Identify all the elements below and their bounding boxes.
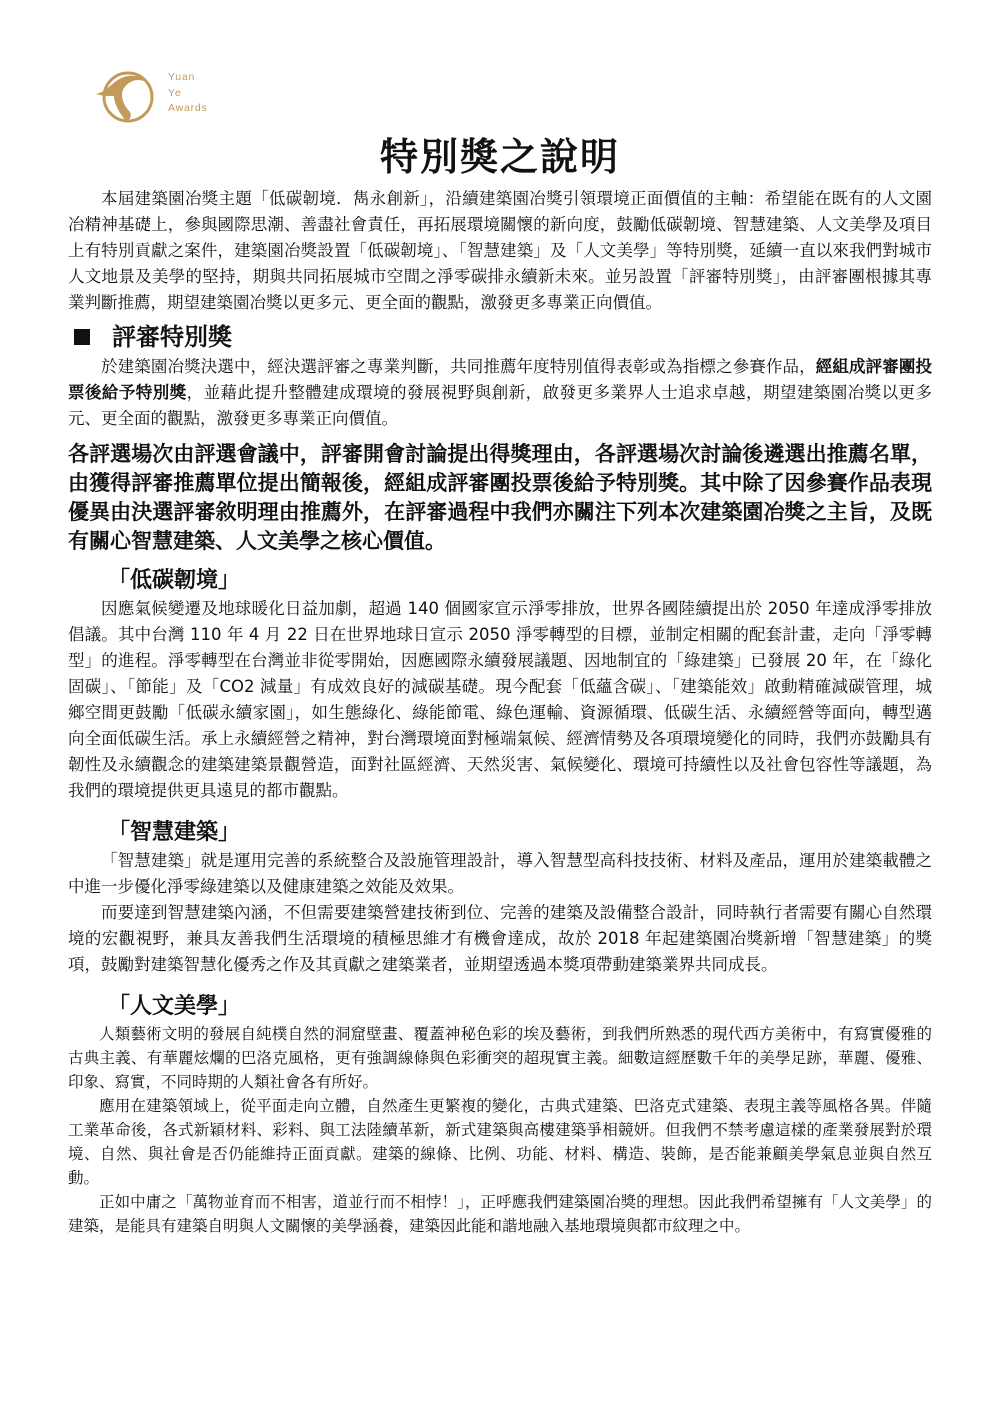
- section-paragraph-text-a: 於建築園冶獎決選中，經決選評審之專業判斷，共同推薦年度特別值得表彰或為指標之參賽…: [101, 357, 816, 376]
- emphasis-paragraph: 各評選場次由評選會議中，評審開會討論提出得獎理由，各評選場次討論後遴選出推薦名單…: [68, 440, 932, 556]
- subsection-heading-low-carbon: 「低碳韌境」: [108, 566, 932, 596]
- logo-line-ye: Ye: [168, 86, 208, 102]
- smart-building-paragraph-2: 而要達到智慧建築內涵，不但需要建築營建技術到位、完善的建築及設備整合設計，同時執…: [68, 900, 932, 978]
- aesthetics-paragraph-1: 人類藝術文明的發展自純樸自然的洞窟壁畫、覆蓋神秘色彩的埃及藝術，到我們所熟悉的現…: [68, 1022, 932, 1094]
- logo-line-awards: Awards: [168, 101, 208, 117]
- logo-line-yuan: Yuan: [168, 70, 208, 86]
- square-bullet-icon: [74, 329, 90, 345]
- intro-paragraph: 本屆建築園冶獎主題「低碳韌境．雋永創新」，沿續建築園冶獎引領環境正面價值的主軸：…: [68, 186, 932, 316]
- section-paragraph-text-b: ，並藉此提升整體建成環境的發展視野與創新，啟發更多業界人士追求卓越，期望建築園冶…: [68, 383, 932, 428]
- logo: Yuan Ye Awards: [94, 66, 234, 126]
- section-paragraph: 於建築園冶獎決選中，經決選評審之專業判斷，共同推薦年度特別值得表彰或為指標之參賽…: [68, 354, 932, 432]
- document-body: 本屆建築園冶獎主題「低碳韌境．雋永創新」，沿續建築園冶獎引領環境正面價值的主軸：…: [68, 186, 932, 1238]
- section-heading-text: 評審特別獎: [112, 320, 232, 354]
- smart-building-paragraph-1: 「智慧建築」就是運用完善的系統整合及設施管理設計，導入智慧型高科技技術、材料及產…: [68, 848, 932, 900]
- logo-text: Yuan Ye Awards: [168, 70, 208, 117]
- aesthetics-paragraph-2: 應用在建築領域上，從平面走向立體，自然產生更繁複的變化，古典式建築、巴洛克式建築…: [68, 1094, 932, 1190]
- section-heading: 評審特別獎: [68, 320, 932, 354]
- low-carbon-paragraph: 因應氣候變遷及地球暖化日益加劇，超過 140 個國家宣示淨零排放，世界各國陸續提…: [68, 596, 932, 804]
- aesthetics-paragraph-3: 正如中庸之「萬物並育而不相害，道並行而不相悖！」，正呼應我們建築園冶獎的理想。因…: [68, 1190, 932, 1238]
- subsection-heading-humanities-aesthetics: 「人文美學」: [108, 992, 932, 1022]
- subsection-heading-smart-building: 「智慧建築」: [108, 818, 932, 848]
- yuan-ye-awards-logo-icon: [94, 68, 158, 126]
- page-title: 特別獎之說明: [0, 126, 1000, 181]
